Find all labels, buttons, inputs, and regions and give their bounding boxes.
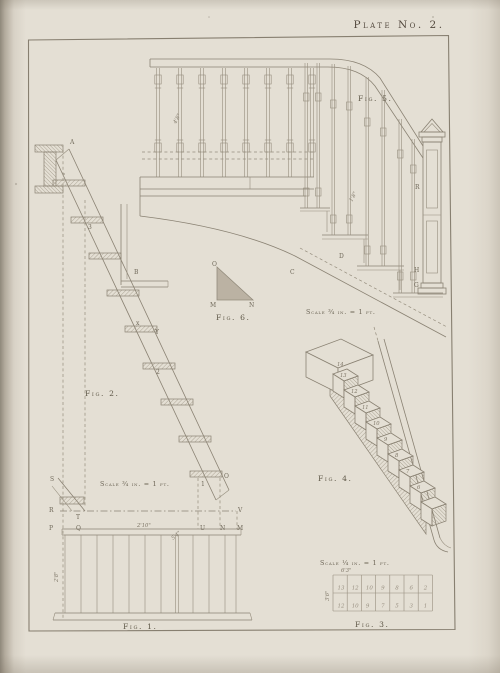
fig6-point-o: O <box>212 261 217 268</box>
fig3-dim-height: 3'6" <box>325 591 331 601</box>
step-cubes <box>333 369 446 526</box>
grid-cell: 10 <box>352 604 359 610</box>
fig1-dim-baluster: 5'4" <box>170 530 182 541</box>
point-1: 1 <box>201 481 205 488</box>
step-number: 13 <box>340 373 347 379</box>
fig5-label: Fig. 5. <box>358 94 393 103</box>
step-number: 14 <box>337 362 344 368</box>
fig6-point-m: M <box>210 302 216 309</box>
point-2: 2 <box>156 369 160 376</box>
grid-cell: 6 <box>410 586 414 592</box>
fig4-label: Fig. 4. <box>318 474 353 483</box>
point-t: T <box>76 514 80 521</box>
fig5-dim-2: 1'8" <box>348 191 358 203</box>
fig2-label: Fig. 2. <box>85 389 120 398</box>
point-v: V <box>237 507 243 514</box>
point-n: N <box>220 525 225 532</box>
plate-drawing: Fig. 5. Scale ¾ in. = 1 ft. R D C H G 4'… <box>0 0 500 673</box>
grid-cell: 12 <box>338 604 345 610</box>
point-q: Q <box>76 525 81 532</box>
fig3-scale: Scale ¼ in. = 1 ft. <box>320 559 390 567</box>
plate-frame <box>29 36 456 632</box>
grid-cell: 13 <box>338 586 345 592</box>
fig6-point-n: N <box>249 302 254 309</box>
fig5-point-h: H <box>414 267 419 274</box>
fig1-dim-width: 2'10" <box>136 523 151 529</box>
grid-cell: 12 <box>352 586 359 592</box>
fig4-drawing: 14 13 12 11 10 9 8 7 6 Fig. 4. <box>306 327 451 552</box>
point-o: O <box>224 473 229 480</box>
grid-cell: 9 <box>381 586 385 592</box>
fig5-scale: Scale ¾ in. = 1 ft. <box>306 308 376 316</box>
step-number: 12 <box>351 389 358 395</box>
point-3: 3 <box>88 224 92 231</box>
fig5-drawing: Fig. 5. Scale ¾ in. = 1 ft. R D C H G 4'… <box>140 59 447 337</box>
point-a: A <box>69 139 75 146</box>
grid-cell: 10 <box>366 586 373 592</box>
point-r: R <box>49 507 54 514</box>
fig5-point-g: G <box>414 282 419 289</box>
fig2-drawing: Fig. 2. Scale ¾ in. = 1 ft. A B 3 x Y 2 … <box>35 139 243 618</box>
fig3-label: Fig. 3. <box>355 620 390 629</box>
grid-cell: 8 <box>395 586 399 592</box>
grid-cell: 3 <box>410 604 414 610</box>
grid-cell: 7 <box>381 604 385 610</box>
grid-cell: 5 <box>395 604 399 610</box>
fig5-point-d: D <box>339 253 344 260</box>
fig5-point-c: C <box>290 269 295 276</box>
fig6-drawing: O M N Fig. 6. <box>210 261 254 322</box>
step-number: 11 <box>362 405 369 411</box>
fig3-drawing: 13 12 10 9 8 6 2 12 10 9 7 5 3 1 6'3" 3'… <box>320 559 432 629</box>
fig2-scale: Scale ¾ in. = 1 ft. <box>100 480 170 488</box>
point-m: M <box>237 525 243 532</box>
fig1-dim-height: 2'8" <box>54 572 60 583</box>
point-y: Y <box>154 329 160 336</box>
fig1-drawing: Fig. 1. P Q U N M 2'10" 2'8" 5'4" <box>49 523 252 631</box>
point-p: P <box>49 525 53 532</box>
grid-cell: 9 <box>366 604 370 610</box>
scanned-plate-page: Plate No. 2. <box>0 0 500 673</box>
point-s: S <box>50 476 54 483</box>
point-u: U <box>200 525 205 532</box>
fig3-dim-width: 6'3" <box>341 568 351 574</box>
grid-cell: 1 <box>424 604 428 610</box>
fig1-label: Fig. 1. <box>123 622 158 631</box>
fig5-point-r: R <box>415 184 420 191</box>
grid-cell: 2 <box>423 586 428 592</box>
fig6-label: Fig. 6. <box>216 313 251 322</box>
point-b: B <box>134 269 139 276</box>
step-number: 10 <box>373 421 380 427</box>
